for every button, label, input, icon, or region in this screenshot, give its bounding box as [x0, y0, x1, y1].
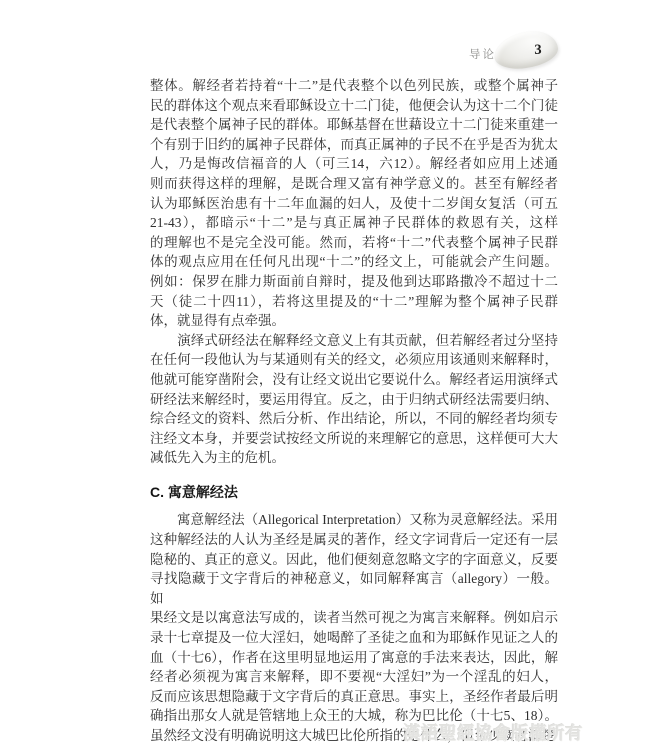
text-line: 例如：保罗在腓力斯面前自辩时，提及他到达耶路撒冷不超过十二	[150, 272, 558, 292]
text-line: 隐秘的、真正的意义。因此，他们便刻意忽略文字的字面意义，反要	[150, 550, 558, 570]
text-line: 经者必须视为寓言来解释，即不要视“大淫妇”为一个淫乱的妇人，	[150, 667, 558, 687]
running-head: 导论 3	[0, 0, 650, 75]
page-body: 整体。解经者若持着“十二”是代表整个以色列民族，或整个属神子民的群体这个观点来看…	[150, 76, 558, 746]
text-line: 注经文本身，并要尝试按经文所说的来理解它的意思，这样便可大大	[150, 429, 558, 449]
paragraph: 整体。解经者若持着“十二”是代表整个以色列民族，或整个属神子民的群体这个观点来看…	[150, 76, 558, 331]
book-page: 导论 3 整体。解经者若持着“十二”是代表整个以色列民族，或整个属神子民的群体这…	[0, 0, 650, 750]
text-line: 认为耶稣医治患有十二年血漏的妇人，及使十二岁闺女复活（可五	[150, 194, 558, 214]
text-line: 民的群体这个观点来看耶稣设立十二门徒，他便会认为这十二个门徒	[150, 96, 558, 116]
text-line: 反而应该思想隐藏于文字背后的真正意思。事实上，圣经作者最后明	[150, 687, 558, 707]
pebble-page-number-badge	[492, 28, 560, 72]
section-label: 导论	[469, 46, 496, 62]
text-line: 这种解经法的人认为圣经是属灵的著作，经文字词背后一定还有一层	[150, 530, 558, 550]
text-line: 的理解也不是完全没可能。然而，若将“十二”代表整个属神子民群	[150, 233, 558, 253]
page-number: 3	[528, 42, 548, 59]
publisher-watermark: 漢語聖經協會版權所有	[403, 720, 583, 745]
text-line: 减低先入为主的危机。	[150, 448, 558, 468]
text-line: 整体。解经者若持着“十二”是代表整个以色列民族，或整个属神子	[150, 76, 558, 96]
text-line: 寻找隐藏于文字背后的神秘意义，如同解释寓言（allegory）一般。如	[150, 569, 558, 608]
text-line: 人，乃是悔改信福音的人（可三14，六12）。解经者如应用上述通	[150, 154, 558, 174]
text-line: 体的观点应用在任何凡出现“十二”的经文上，可能就会产生问题。	[150, 252, 558, 272]
text-line: 研经法来解经时，要运用得宜。反之，由于归纳式研经法需要归纳、	[150, 390, 558, 410]
paragraph: 演绎式研经法在解释经文意义上有其贡献，但若解经者过分坚持在任何一段他认为与某通则…	[150, 331, 558, 468]
text-line: 血（十七6），作者在这里明显地运用了寓意的手法来表达，因此，解	[150, 648, 558, 668]
text-line: 果经文是以寓意法写成的，读者当然可视之为寓言来解释。例如启示	[150, 608, 558, 628]
text-line: 是代表整个属神子民的群体。耶稣基督在世藉设立十二门徒来重建一	[150, 115, 558, 135]
text-line: 天（徒二十四11），若将这里提及的“十二”理解为整个属神子民群	[150, 292, 558, 312]
paragraph: 寓意解经法（Allegorical Interpretation）又称为灵意解经…	[150, 510, 558, 745]
text-line: 体，就显得有点牵强。	[150, 311, 558, 331]
text-line: 个有别于旧约的属神子民群体，而真正属神的子民不在乎是否为犹太	[150, 135, 558, 155]
section-heading: C. 寓意解经法	[150, 483, 558, 503]
text-line: 演绎式研经法在解释经文意义上有其贡献，但若解经者过分坚持	[150, 331, 558, 351]
text-line: 录十七章提及一位大淫妇，她喝醉了圣徒之血和为耶稣作见证之人的	[150, 628, 558, 648]
text-line: 寓意解经法（Allegorical Interpretation）又称为灵意解经…	[150, 510, 558, 530]
text-line: 21-43），都暗示“十二”是与真正属神子民群体的救恩有关，这样	[150, 213, 558, 233]
text-line: 则而获得这样的理解，是既合理又富有神学意义的。甚至有解经者	[150, 174, 558, 194]
text-line: 在任何一段他认为与某通则有关的经文，必须应用该通则来解释时，	[150, 350, 558, 370]
text-line: 综合经文的资料、然后分析、作出结论，所以，不同的解经者均须专	[150, 409, 558, 429]
text-line: 他就可能穿凿附会，没有让经文说出它要说什么。解经者运用演绎式	[150, 370, 558, 390]
